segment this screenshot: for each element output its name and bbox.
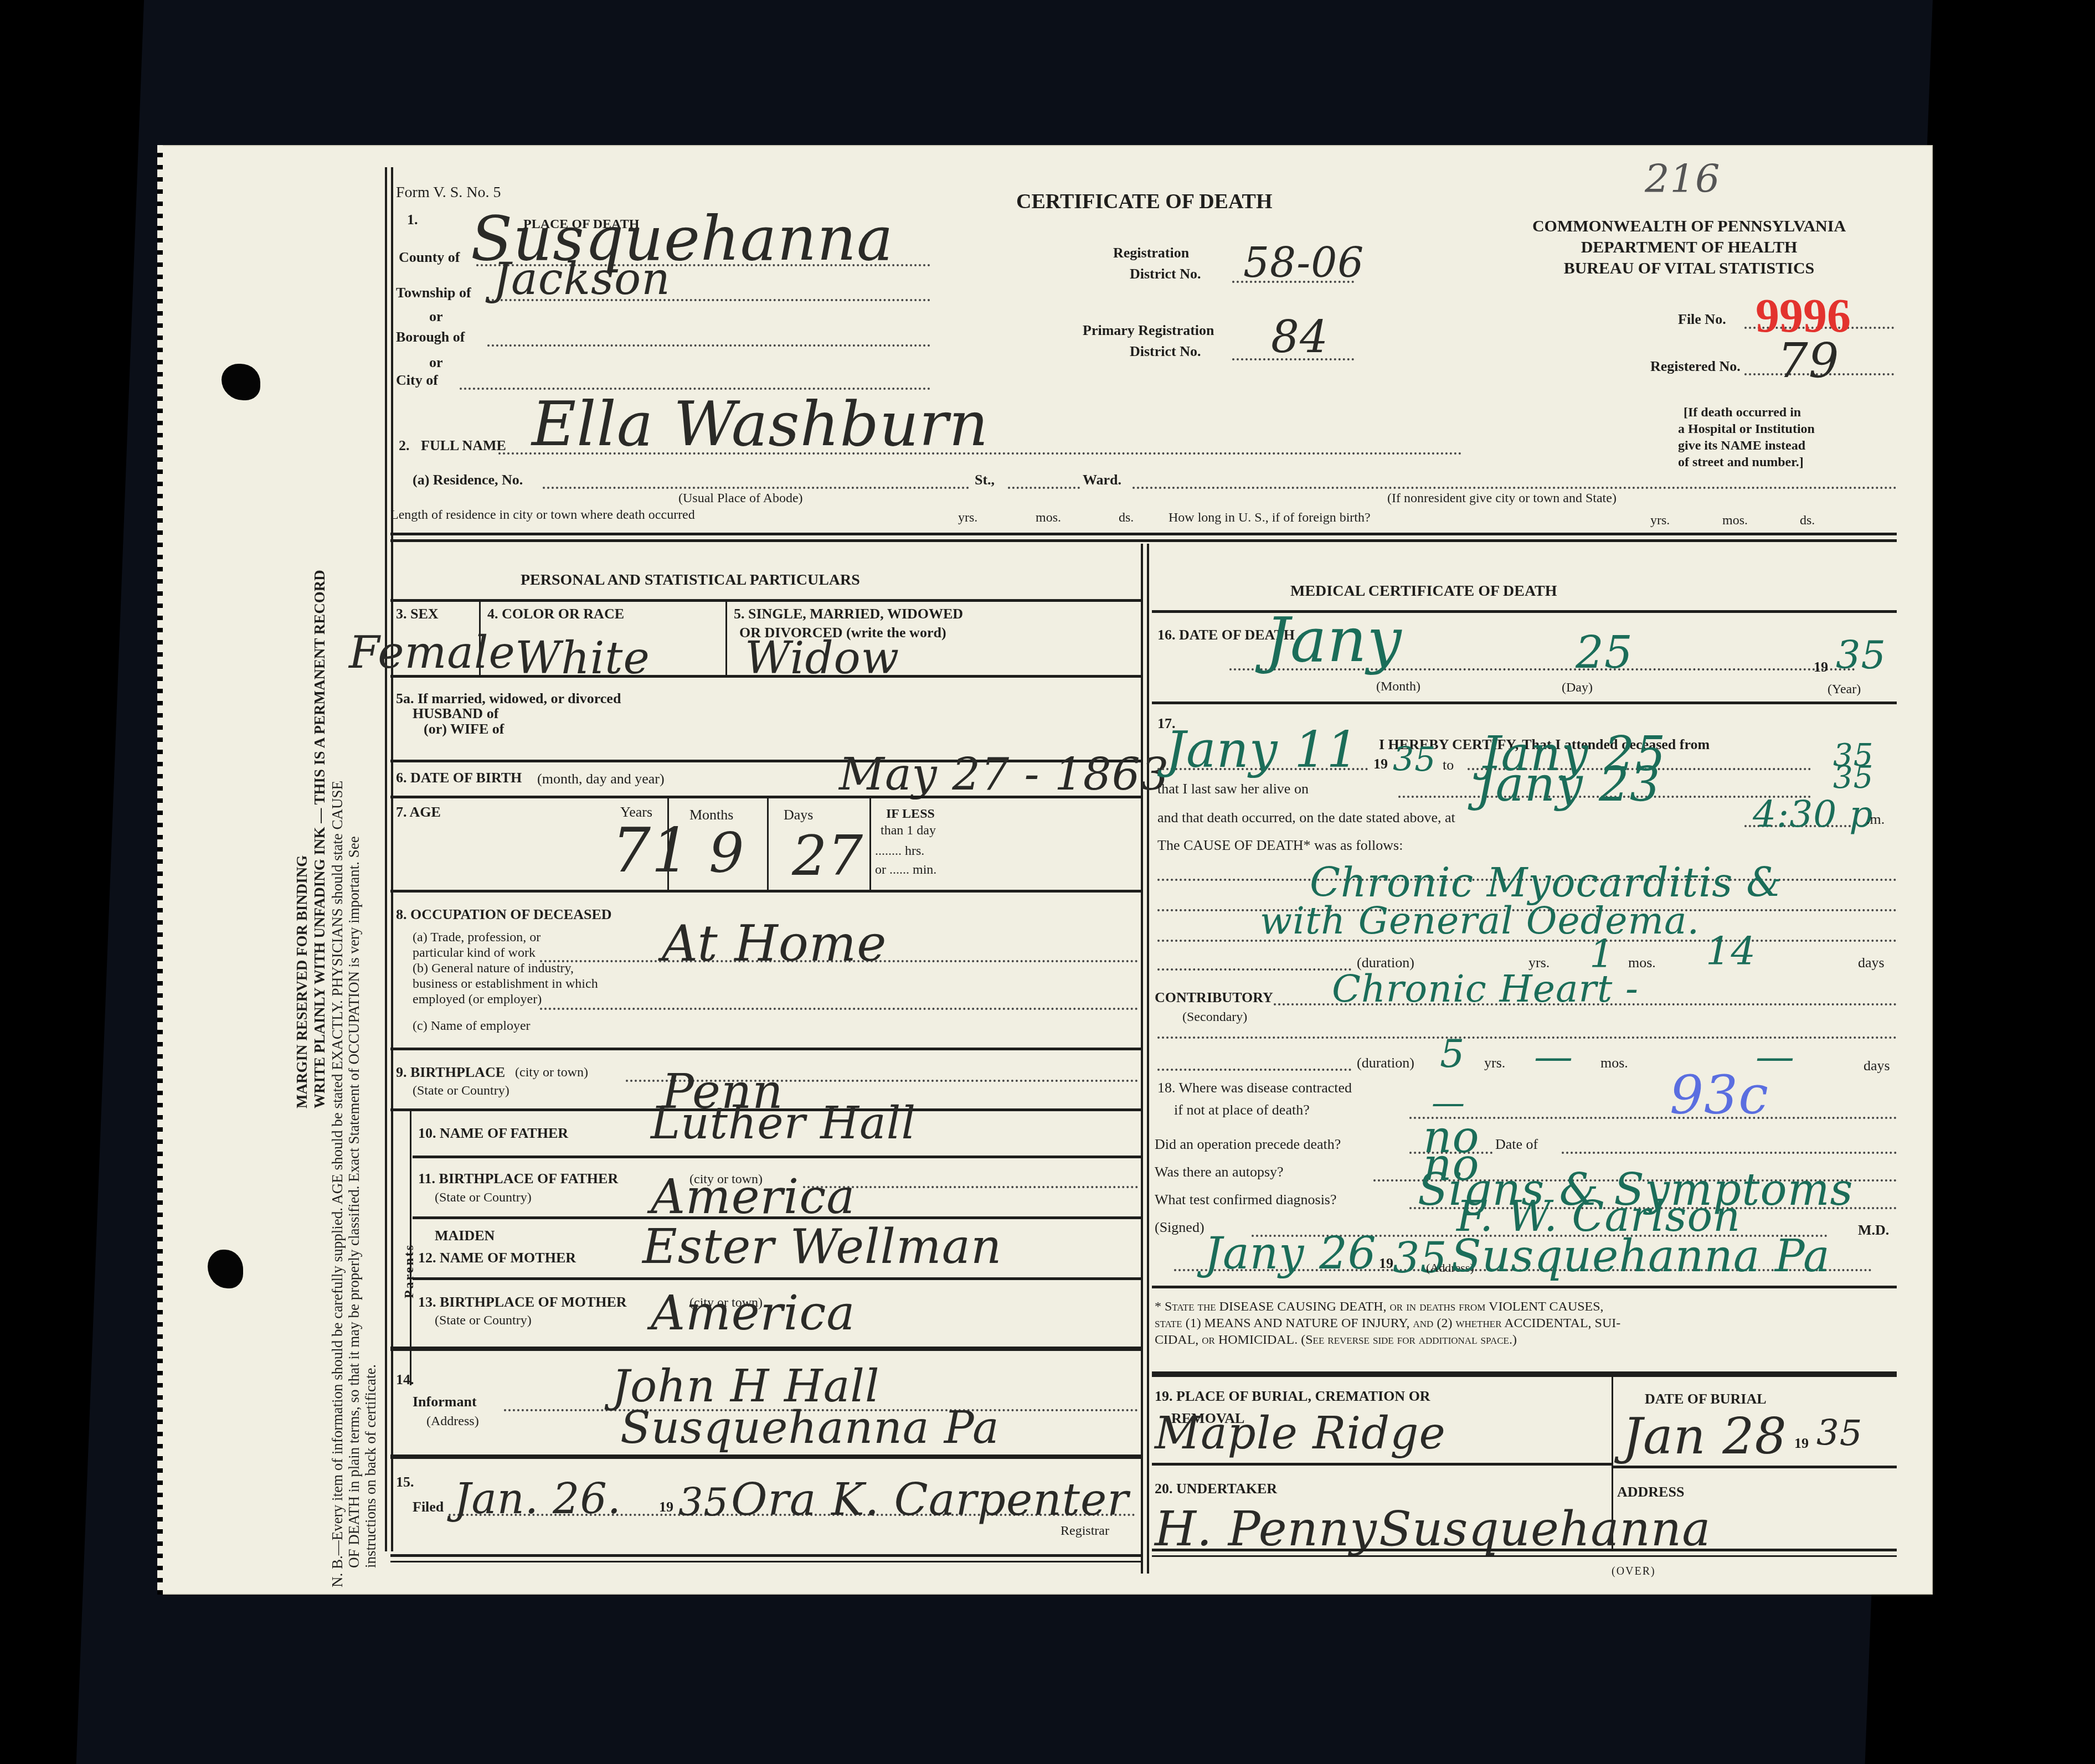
informant-address-value[interactable]: Susquehanna Pa (620, 1402, 1000, 1453)
last-saw-year[interactable]: 35 (1833, 760, 1873, 796)
residence-st-label: St., (975, 472, 995, 488)
filed-label: Filed (413, 1499, 444, 1515)
time-of-death-label: and that death occurred, on the date sta… (1157, 809, 1455, 826)
age-days-label: Days (784, 807, 813, 823)
hospital-note-2: a Hospital or Institution (1678, 422, 1815, 437)
spouse-label-1: 5a. If married, widowed, or divorced (396, 690, 621, 707)
burial-place-value[interactable]: Maple Ridge (1155, 1407, 1446, 1459)
margin-note-nb-3: instructions on back of certificate. (362, 1364, 379, 1568)
filed-date-value[interactable]: Jan. 26. (454, 1474, 621, 1523)
test-label: What test confirmed diagnosis? (1155, 1192, 1337, 1208)
registered-no-label: Registered No. (1650, 358, 1741, 375)
filed-year-prefix: 19 (659, 1499, 673, 1515)
date-of-death-year-prefix: 19 (1814, 659, 1828, 675)
over-note: (OVER) (1612, 1565, 1656, 1578)
contrib-duration-yrs-value[interactable]: 5 (1440, 1031, 1465, 1076)
full-name-value[interactable]: Ella Washburn (532, 389, 989, 460)
birthplace-hint-2: (State or Country) (413, 1084, 509, 1098)
mother-value[interactable]: Ester Wellman (642, 1219, 1002, 1275)
occ-b-3: employed (or employer) (413, 992, 542, 1007)
mother-label-2: 12. NAME OF MOTHER (418, 1250, 576, 1266)
foreign-yrs: yrs. (1650, 513, 1670, 528)
length-residence-label: Length of residence in city or town wher… (390, 508, 695, 523)
death-certificate: MARGIN RESERVED FOR BINDING WRITE PLAINL… (161, 145, 1933, 1595)
occ-a-1: (a) Trade, profession, or (413, 930, 541, 945)
county-label: County of (399, 249, 460, 266)
father-bp-hint-2: (State or Country) (435, 1190, 532, 1205)
age-years-value[interactable]: 71 (612, 815, 691, 886)
rule-after-age (390, 890, 1141, 893)
form-number: Form V. S. No. 5 (396, 184, 501, 202)
informant-address-label: (Address) (426, 1414, 479, 1429)
duration-prefix-line (1157, 968, 1351, 971)
contributory-value[interactable]: Chronic Heart - (1332, 967, 1639, 1011)
contrib-duration-yrs-label: yrs. (1484, 1055, 1505, 1071)
occ-a-2: particular kind of work (413, 946, 536, 961)
occ-c: (c) Name of employer (413, 1019, 531, 1034)
q18-line (1409, 1117, 1897, 1119)
signed-date-value[interactable]: Jany 26 (1205, 1227, 1377, 1279)
occupation-value[interactable]: At Home (662, 915, 887, 973)
contributory-label: CONTRIBUTORY (1155, 989, 1273, 1006)
time-of-death-value[interactable]: 4:30 p (1753, 793, 1873, 835)
residence-ward-line (1133, 487, 1897, 489)
father-label: 10. NAME OF FATHER (418, 1125, 568, 1142)
cause-of-death-label: The CAUSE OF DEATH* was as follows: (1157, 837, 1403, 854)
residence-label: (a) Residence, No. (413, 472, 523, 488)
dob-value[interactable]: May 27 - 1863 (839, 749, 1170, 800)
rule-medical-heading (1152, 610, 1897, 613)
cause-of-death-line-2[interactable]: with General Oedema. (1260, 899, 1700, 943)
time-suffix: .m. (1866, 811, 1885, 828)
hospital-note-4: of street and number.] (1678, 455, 1804, 470)
operation-date-line (1562, 1152, 1897, 1154)
contrib-duration-label: (duration) (1357, 1055, 1414, 1071)
burial-place-label-1: 19. PLACE OF BURIAL, CREMATION OR (1155, 1388, 1430, 1405)
age-div-3 (869, 798, 871, 893)
length-residence-yrs: yrs. (958, 510, 977, 525)
burial-year-prefix: 19 (1794, 1435, 1809, 1452)
or-label-1: or (429, 308, 443, 325)
contrib-duration-mos-value[interactable]: — (1534, 1034, 1573, 1079)
margin-note-write-plainly: WRITE PLAINLY WITH UNFADING INK — THIS I… (311, 570, 328, 1108)
mother-bp-hint-2: (State or Country) (435, 1313, 532, 1328)
township-label: Township of (396, 285, 471, 301)
race-divider (725, 600, 727, 675)
hospital-note-1: [If death occurred in (1684, 405, 1801, 420)
township-value[interactable]: Jackson (493, 253, 671, 305)
last-saw-label: that I last saw her alive on (1157, 781, 1309, 797)
contrib-duration-days-label: days (1864, 1058, 1890, 1074)
attended-from-value[interactable]: Jany 11 (1166, 721, 1359, 779)
undertaker-address-label: ADDRESS (1617, 1484, 1684, 1500)
or-label-2: or (429, 354, 443, 371)
residence-st-line (1008, 487, 1080, 489)
rule-after-sex (390, 675, 1141, 678)
residence-ward-label: Ward. (1083, 472, 1121, 488)
occupation-label: 8. OCCUPATION OF DECEASED (396, 906, 612, 923)
physician-address-value[interactable]: Susquehanna Pa (1451, 1230, 1830, 1282)
occ-b-2: business or establishment in which (413, 977, 598, 992)
informant-number: 14. (396, 1371, 414, 1388)
left-double-rule-2 (391, 167, 393, 1551)
undertaker-label: 20. UNDERTAKER (1155, 1481, 1277, 1497)
foreign-ds: ds. (1800, 513, 1815, 528)
primary-registration-label-2: District No. (1130, 343, 1201, 360)
last-saw-value[interactable]: Jany 23 (1476, 757, 1661, 812)
foreign-mos: mos. (1722, 513, 1748, 528)
burial-date-label: DATE OF BURIAL (1645, 1391, 1767, 1407)
secondary-label: (Secondary) (1182, 1010, 1247, 1025)
personal-heading: PERSONAL AND STATISTICAL PARTICULARS (521, 571, 860, 589)
column-divider-2 (1147, 544, 1149, 1574)
rule-after-father (413, 1156, 1141, 1158)
registration-district-label-1: Registration (1113, 245, 1189, 261)
registered-no-value[interactable]: 79 (1778, 333, 1839, 389)
left-double-rule-1 (385, 167, 387, 1551)
marital-label-1: 5. SINGLE, MARRIED, WIDOWED (734, 606, 963, 622)
registrar-label: Registrar (1061, 1524, 1109, 1539)
registration-district-value[interactable]: 58-06 (1243, 239, 1364, 287)
abode-note: (Usual Place of Abode) (678, 491, 803, 506)
certificate-title: CERTIFICATE OF DEATH (1016, 189, 1272, 214)
rule-after-signature (1152, 1286, 1897, 1288)
length-residence-mos: mos. (1036, 510, 1061, 525)
authority-department: DEPARTMENT OF HEALTH (1484, 238, 1894, 257)
burial-date-value[interactable]: Jan 28 (1623, 1407, 1787, 1466)
blue-classification-code: 93c (1670, 1064, 1769, 1126)
autopsy-label: Was there an autopsy? (1155, 1164, 1284, 1180)
binding-hole-bottom (208, 1250, 243, 1288)
date-of-death-month[interactable]: Jany (1265, 605, 1402, 675)
sex-value[interactable]: Female (349, 627, 516, 678)
burial-year-value[interactable]: 35 (1816, 1413, 1862, 1454)
signed-year-prefix: 19 (1379, 1255, 1393, 1272)
sex-label: 3. SEX (396, 606, 439, 622)
to-label: to (1443, 757, 1454, 773)
rule-bottom-left-1 (390, 1554, 1141, 1557)
month-hint: (Month) (1376, 679, 1420, 694)
rule-after-burial-place (1152, 1463, 1612, 1466)
if-less-label-1: IF LESS (886, 807, 935, 822)
if-less-label-2: than 1 day (881, 823, 936, 838)
binding-hole-top (222, 364, 260, 400)
registration-district-label-2: District No. (1130, 266, 1201, 282)
place-of-death-number: 1. (407, 212, 418, 228)
age-min-label: or ...... min. (875, 863, 936, 878)
footnote-line-1: * State the DISEASE CAUSING DEATH, or in… (1155, 1299, 1604, 1314)
rule-after-informant (390, 1454, 1141, 1459)
informant-label: Informant (413, 1394, 477, 1410)
rule-after-mother (413, 1277, 1141, 1280)
authority-commonwealth: COMMONWEALTH OF PENNSYLVANIA (1484, 217, 1894, 236)
contrib-duration-mos-label: mos. (1600, 1055, 1628, 1071)
operation-label: Did an operation precede death? (1155, 1136, 1341, 1153)
rule-bottom-right-2 (1152, 1555, 1897, 1557)
margin-note-nb-1: N. B.—Every item of information should b… (329, 781, 346, 1587)
rule-after-burial-date (1612, 1466, 1897, 1468)
rule-before-burial (1152, 1371, 1897, 1377)
father-birthplace-label: 11. BIRTHPLACE OF FATHER (418, 1170, 618, 1187)
q18-label-1: 18. Where was disease contracted (1157, 1080, 1352, 1096)
occ-b-1: (b) General nature of industry, (413, 961, 574, 976)
contrib-duration-prefix-line (1157, 1069, 1351, 1071)
primary-registration-label-1: Primary Registration (1083, 322, 1214, 339)
full-name-label: FULL NAME (421, 437, 506, 454)
father-value[interactable]: Luther Hall (651, 1097, 916, 1149)
footnote-line-3: CIDAL, or HOMICIDAL. (See reverse side f… (1155, 1333, 1517, 1348)
date-of-death-day[interactable]: 25 (1576, 627, 1633, 678)
signed-label: (Signed) (1155, 1219, 1205, 1236)
foreign-birth-label: How long in U. S., if of foreign birth? (1169, 510, 1371, 525)
rule-after-residence (390, 533, 1897, 535)
attended-from-year[interactable]: 35 (1393, 740, 1436, 779)
rule-after-residence-2 (390, 539, 1897, 542)
hospital-note-3: give its NAME instead (1678, 439, 1805, 453)
registrar-signature: Ora K. Carpenter (731, 1474, 1129, 1525)
birthplace-label: 9. BIRTHPLACE (396, 1064, 505, 1081)
md-label: M.D. (1858, 1222, 1889, 1239)
footnote-line-2: state (1) MEANS AND NATURE OF INJURY, an… (1155, 1316, 1620, 1331)
column-divider-1 (1141, 544, 1143, 1574)
rule-bottom-left-2 (390, 1561, 1141, 1562)
residence-line (543, 487, 969, 489)
authority-bureau: BUREAU OF VITAL STATISTICS (1484, 259, 1894, 278)
city-label: City of (396, 372, 438, 389)
margin-note-nb-2: OF DEATH in plain terms, so that it may … (346, 836, 363, 1568)
year-hint: (Year) (1828, 682, 1861, 697)
age-days-value[interactable]: 27 (792, 823, 863, 888)
filed-number: 15. (396, 1474, 414, 1490)
cause-duration-days-label: days (1858, 955, 1885, 971)
age-months-value[interactable]: 9 (709, 821, 745, 885)
filed-year-value[interactable]: 35 (678, 1479, 729, 1525)
margin-note-binding: MARGIN RESERVED FOR BINDING (294, 855, 311, 1108)
attended-from-year-prefix: 19 (1373, 756, 1388, 772)
cause-duration-days-value[interactable]: 14 (1706, 929, 1756, 974)
primary-registration-value[interactable]: 84 (1271, 311, 1329, 363)
nonresident-note: (If nonresident give city or town and St… (1387, 491, 1617, 506)
dob-label: 6. DATE OF BIRTH (396, 770, 522, 786)
employer-nature-line (540, 1008, 1138, 1010)
mother-birthplace-label: 13. BIRTHPLACE OF MOTHER (418, 1294, 627, 1311)
borough-line (487, 344, 930, 347)
rule-after-dod (1152, 702, 1897, 704)
parents-label: Parents (402, 1244, 417, 1298)
rule-personal-heading (390, 599, 1141, 602)
day-hint: (Day) (1562, 680, 1593, 695)
length-residence-ds: ds. (1119, 510, 1134, 525)
operation-date-label: Date of (1495, 1136, 1538, 1153)
medical-heading: MEDICAL CERTIFICATE OF DEATH (1290, 582, 1557, 600)
full-name-number: 2. (399, 437, 410, 454)
rule-after-occupation (390, 1048, 1141, 1050)
spouse-label-3: (or) WIFE of (424, 721, 504, 737)
rule-after-mother-bp (390, 1347, 1141, 1351)
age-label: 7. AGE (396, 804, 441, 821)
borough-label: Borough of (396, 329, 465, 345)
birthplace-hint-1: (city or town) (515, 1065, 588, 1080)
handwritten-file-number-216: 216 (1645, 156, 1721, 202)
spouse-label-2: HUSBAND of (413, 705, 498, 722)
rule-bottom-right-1 (1152, 1549, 1897, 1551)
q18-label-2: if not at place of death? (1174, 1102, 1310, 1118)
mother-label-1: MAIDEN (435, 1227, 495, 1244)
race-label: 4. COLOR OR RACE (487, 606, 624, 622)
age-div-2 (767, 798, 769, 893)
mother-birthplace-value[interactable]: America (651, 1286, 856, 1341)
rule-after-dob (390, 796, 1141, 798)
date-of-death-year[interactable]: 35 (1836, 632, 1886, 678)
file-no-label: File No. (1678, 311, 1726, 328)
age-hrs-label: ........ hrs. (875, 844, 924, 859)
dob-hint: (month, day and year) (537, 771, 665, 787)
